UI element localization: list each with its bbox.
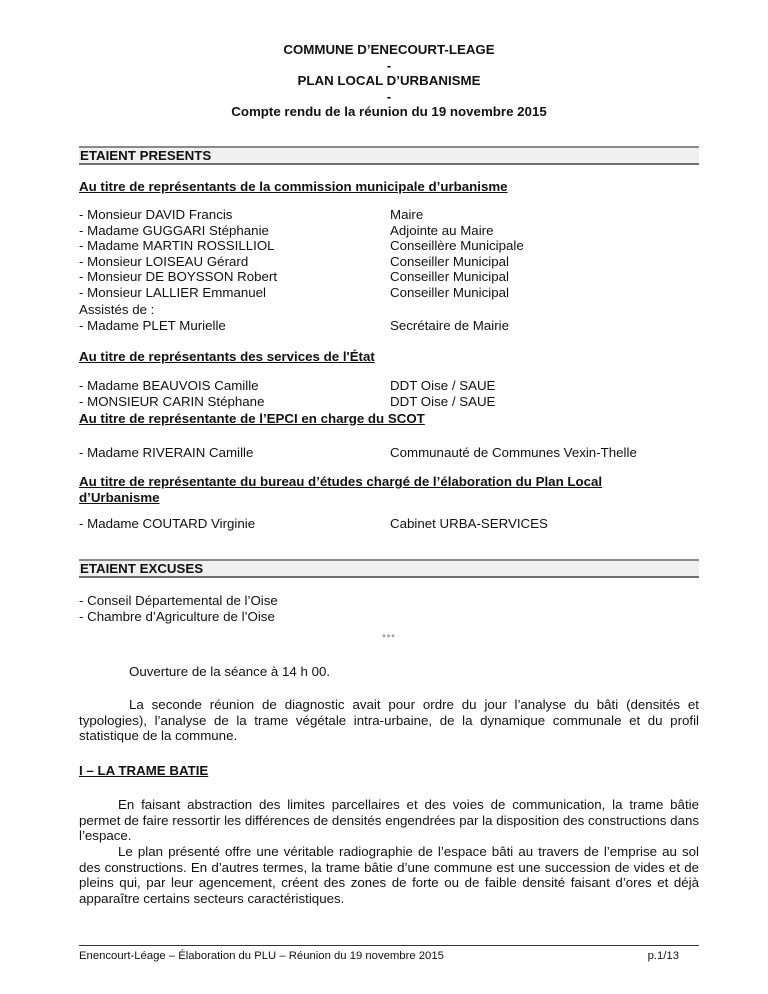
list-item: - Monsieur DAVID FrancisMaire: [79, 207, 699, 223]
subheading-commission: Au titre de représentants de la commissi…: [79, 179, 699, 195]
member-name: - Monsieur LALLIER Emmanuel: [79, 285, 266, 301]
section-bar-presents: ETAIENT PRESENTS: [79, 146, 699, 165]
list-item: - Madame COUTARD VirginieCabinet URBA-SE…: [79, 516, 699, 532]
member-name: - Madame MARTIN ROSSILLIOL: [79, 238, 275, 254]
list-item: - Conseil Départemental de l’Oise: [79, 593, 699, 609]
list-item: - Madame BEAUVOIS CamilleDDT Oise / SAUE: [79, 378, 699, 394]
list-item: - Madame PLET MurielleSecrétaire de Mair…: [79, 318, 699, 334]
subheading-bureau-line2: d’Urbanisme: [79, 490, 699, 506]
trame-paragraph-2: Le plan présenté offre une véritable rad…: [79, 844, 699, 906]
subheading-bureau-line1: Au titre de représentante du bureau d’ét…: [79, 474, 699, 490]
excused-list: - Conseil Départemental de l’Oise - Cham…: [79, 593, 699, 624]
document-title: COMMUNE D’ENECOURT-LEAGE - PLAN LOCAL D’…: [79, 42, 699, 120]
epci-members-list: - Madame RIVERAIN CamilleCommunauté de C…: [79, 445, 699, 461]
member-role: Conseiller Municipal: [390, 254, 509, 270]
member-name: - Madame GUGGARI Stéphanie: [79, 223, 269, 239]
list-item: - Monsieur LOISEAU GérardConseiller Muni…: [79, 254, 699, 270]
title-separator: -: [79, 89, 699, 105]
title-separator: -: [79, 58, 699, 74]
member-name: - MONSIEUR CARIN Stéphane: [79, 394, 264, 410]
list-item: - Monsieur LALLIER EmmanuelConseiller Mu…: [79, 285, 699, 301]
list-item: - Madame GUGGARI StéphanieAdjointe au Ma…: [79, 223, 699, 239]
member-role: Cabinet URBA-SERVICES: [390, 516, 548, 532]
excused-name: - Chambre d’Agriculture de l’Oise: [79, 609, 275, 625]
report-title: Compte rendu de la réunion du 19 novembr…: [79, 104, 699, 120]
opening-paragraph: Ouverture de la séance à 14 h 00.: [79, 664, 699, 680]
member-role: Conseiller Municipal: [390, 285, 509, 301]
etat-members-list: - Madame BEAUVOIS CamilleDDT Oise / SAUE…: [79, 378, 699, 409]
member-name: - Madame PLET Murielle: [79, 318, 226, 334]
bureau-members-list: - Madame COUTARD VirginieCabinet URBA-SE…: [79, 516, 699, 532]
subheading-etat: Au titre de représentants des services d…: [79, 349, 699, 365]
page-number: p.1/13: [648, 950, 679, 962]
intro-paragraph: La seconde réunion de diagnostic avait p…: [79, 697, 699, 744]
section-bar-excuses: ETAIENT EXCUSES: [79, 559, 699, 578]
member-role: DDT Oise / SAUE: [390, 394, 495, 410]
member-role: Conseiller Municipal: [390, 269, 509, 285]
list-item: - Monsieur DE BOYSSON RobertConseiller M…: [79, 269, 699, 285]
assisted-label: Assistés de :: [79, 302, 154, 318]
subheading-bureau: Au titre de représentante du bureau d’ét…: [79, 474, 699, 505]
section-separator: °°°: [79, 633, 699, 643]
trame-paragraph-1: En faisant abstraction des limites parce…: [79, 797, 699, 844]
footer-title: Enencourt-Léage – Élaboration du PLU – R…: [79, 950, 444, 962]
member-name: - Monsieur DE BOYSSON Robert: [79, 269, 277, 285]
member-role: Conseillère Municipale: [390, 238, 524, 254]
member-role: Secrétaire de Mairie: [390, 318, 509, 334]
member-name: - Madame COUTARD Virginie: [79, 516, 255, 532]
section-heading-trame-batie: I – LA TRAME BATIE: [79, 763, 699, 779]
commission-members-list: - Monsieur DAVID FrancisMaire - Madame G…: [79, 207, 699, 301]
list-item: - MONSIEUR CARIN StéphaneDDT Oise / SAUE: [79, 394, 699, 410]
list-item: - Madame MARTIN ROSSILLIOLConseillère Mu…: [79, 238, 699, 254]
member-role: Adjointe au Maire: [390, 223, 493, 239]
paragraph-text: Le plan présenté offre une véritable rad…: [79, 844, 699, 906]
paragraph-text: En faisant abstraction des limites parce…: [79, 797, 699, 843]
intro-text: La seconde réunion de diagnostic avait p…: [79, 697, 699, 743]
member-role: DDT Oise / SAUE: [390, 378, 495, 394]
list-item: - Madame RIVERAIN CamilleCommunauté de C…: [79, 445, 699, 461]
member-role: Communauté de Communes Vexin-Thelle: [390, 445, 637, 461]
subheading-epci: Au titre de représentante de l’EPCI en c…: [79, 411, 699, 427]
member-name: - Madame BEAUVOIS Camille: [79, 378, 259, 394]
opening-text: Ouverture de la séance à 14 h 00.: [129, 664, 330, 679]
footer-divider: [79, 945, 699, 946]
list-item: - Chambre d’Agriculture de l’Oise: [79, 609, 699, 625]
member-name: - Monsieur LOISEAU Gérard: [79, 254, 248, 270]
excused-name: - Conseil Départemental de l’Oise: [79, 593, 278, 609]
member-role: Maire: [390, 207, 423, 223]
member-name: - Monsieur DAVID Francis: [79, 207, 232, 223]
assisted-list: - Madame PLET MurielleSecrétaire de Mair…: [79, 318, 699, 334]
member-name: - Madame RIVERAIN Camille: [79, 445, 253, 461]
plan-title: PLAN LOCAL D’URBANISME: [79, 73, 699, 89]
commune-name: COMMUNE D’ENECOURT-LEAGE: [79, 42, 699, 58]
